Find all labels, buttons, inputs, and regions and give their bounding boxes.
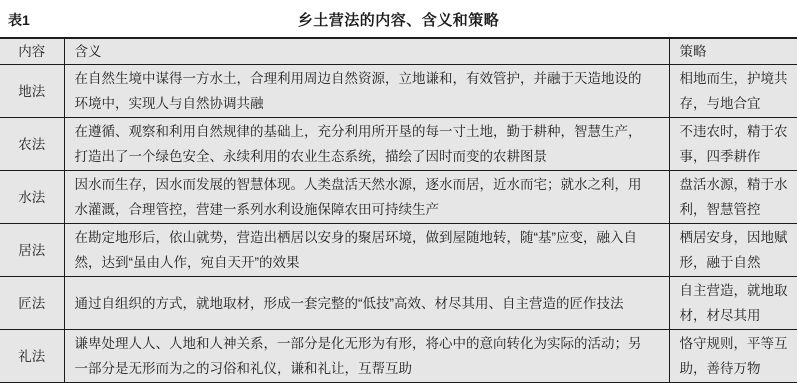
table-title: 乡土营法的内容、含义和策略 [298,8,500,30]
table-number-label: 表1 [8,10,30,30]
row-meaning: 谦卑处理人人、人地和人神关系，一部分是化无形为有形，将心中的意向转化为实际的活动… [64,330,669,383]
row-strategy: 恪守规则，平等互助，善待万物 [669,330,797,383]
table-row-shuifa: 水法 因水而生存，因水而发展的智慧体现。人类盘活天然水源，逐水而居，近水而宅；就… [0,171,797,224]
header-strategy: 策略 [669,38,797,65]
row-meaning: 在自然生境中谋得一方水土，合理利用周边自然资源，立地谦和，有效管护，并融于天造地… [64,65,669,118]
header-row: 内容 含义 策略 [0,38,797,65]
table-header: 内容 含义 策略 [0,38,797,65]
row-meaning: 在遵循、观察和利用自然规律的基础上，充分利用所开垦的每一寸土地，勤于耕种，智慧生… [64,118,669,171]
row-term: 匠法 [0,277,64,330]
row-term: 礼法 [0,330,64,383]
table-row-jiangfa: 匠法 通过自组织的方式，就地取材，形成一套完整的“低技”高效、材尽其用、自主营造… [0,277,797,330]
row-term: 居法 [0,224,64,277]
row-meaning: 因水而生存，因水而发展的智慧体现。人类盘活天然水源，逐水而居，近水而宅；就水之利… [64,171,669,224]
table-row-nongfa: 农法 在遵循、观察和利用自然规律的基础上，充分利用所开垦的每一寸土地，勤于耕种，… [0,118,797,171]
table-row-jufa: 居法 在勘定地形后，依山就势，营造出栖居以安身的聚居环境，做到屋随地转，随“基”… [0,224,797,277]
row-term: 农法 [0,118,64,171]
content-meaning-strategy-table: 内容 含义 策略 地法 在自然生境中谋得一方水土，合理利用周边自然资源，立地谦和… [0,37,797,383]
row-term: 水法 [0,171,64,224]
row-meaning: 通过自组织的方式，就地取材，形成一套完整的“低技”高效、材尽其用、自主营造的匠作… [64,277,669,330]
row-strategy: 相地而生，护境共存，与地合宜 [669,65,797,118]
table-body: 地法 在自然生境中谋得一方水土，合理利用周边自然资源，立地谦和，有效管护，并融于… [0,65,797,383]
table-row-lifa: 礼法 谦卑处理人人、人地和人神关系，一部分是化无形为有形，将心中的意向转化为实际… [0,330,797,383]
row-strategy: 盘活水源，精于水利，智慧管控 [669,171,797,224]
header-meaning: 含义 [64,38,669,65]
table-caption: 表1 乡土营法的内容、含义和策略 [0,0,797,37]
header-content: 内容 [0,38,64,65]
row-strategy: 栖居安身，因地赋形，融于自然 [669,224,797,277]
table-row-difa: 地法 在自然生境中谋得一方水土，合理利用周边自然资源，立地谦和，有效管护，并融于… [0,65,797,118]
row-meaning: 在勘定地形后，依山就势，营造出栖居以安身的聚居环境，做到屋随地转，随“基”应变，… [64,224,669,277]
row-strategy: 自主营造，就地取材，材尽其用 [669,277,797,330]
row-strategy: 不违农时，精于农事，四季耕作 [669,118,797,171]
row-term: 地法 [0,65,64,118]
